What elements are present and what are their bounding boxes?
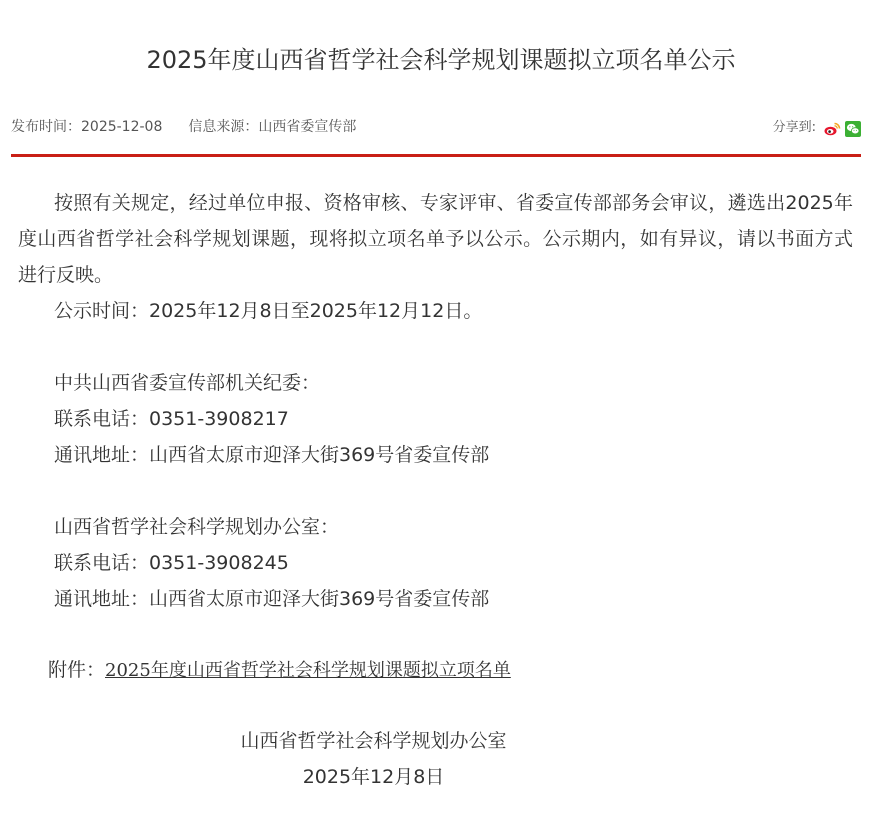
attachment-line: 附件：2025年度山西省哲学社会科学规划课题拟立项名单 <box>48 652 511 689</box>
page-title: 2025年度山西省哲学社会科学规划课题拟立项名单公示 <box>0 42 882 78</box>
contact-2-org: 山西省哲学社会科学规划办公室： <box>18 509 853 545</box>
intro-paragraph: 按照有关规定，经过单位申报、资格审核、专家评审、省委宣传部部务会审议，遴选出20… <box>18 185 853 293</box>
title-divider <box>11 154 861 157</box>
article-meta: 发布时间：2025-12-08信息来源：山西省委宣传部 <box>11 117 356 137</box>
share-label: 分享到: <box>773 116 816 135</box>
share-bar: 分享到: <box>773 116 861 135</box>
publish-time: 发布时间：2025-12-08 <box>11 119 162 135</box>
signature-org: 山西省哲学社会科学规划办公室 <box>0 723 747 759</box>
attachment-label: 附件： <box>48 659 105 681</box>
contact-2-phone: 联系电话：0351-3908245 <box>18 545 853 581</box>
weibo-icon[interactable] <box>824 122 841 136</box>
signature-date: 2025年12月8日 <box>0 759 747 795</box>
contact-1-address: 通讯地址：山西省太原市迎泽大街369号省委宣传部 <box>18 437 853 473</box>
attachment-link[interactable]: 2025年度山西省哲学社会科学规划课题拟立项名单 <box>105 660 511 681</box>
contact-1-org: 中共山西省委宣传部机关纪委： <box>18 365 853 401</box>
wechat-icon[interactable] <box>845 121 861 137</box>
signature-block: 山西省哲学社会科学规划办公室 2025年12月8日 <box>0 723 747 795</box>
article-body: 按照有关规定，经过单位申报、资格审核、专家评审、省委宣传部部务会审议，遴选出20… <box>18 185 853 617</box>
info-source: 信息来源：山西省委宣传部 <box>188 119 356 135</box>
publicity-period: 公示时间：2025年12月8日至2025年12月12日。 <box>18 293 853 329</box>
contact-2-address: 通讯地址：山西省太原市迎泽大街369号省委宣传部 <box>18 581 853 617</box>
contact-1-phone: 联系电话：0351-3908217 <box>18 401 853 437</box>
